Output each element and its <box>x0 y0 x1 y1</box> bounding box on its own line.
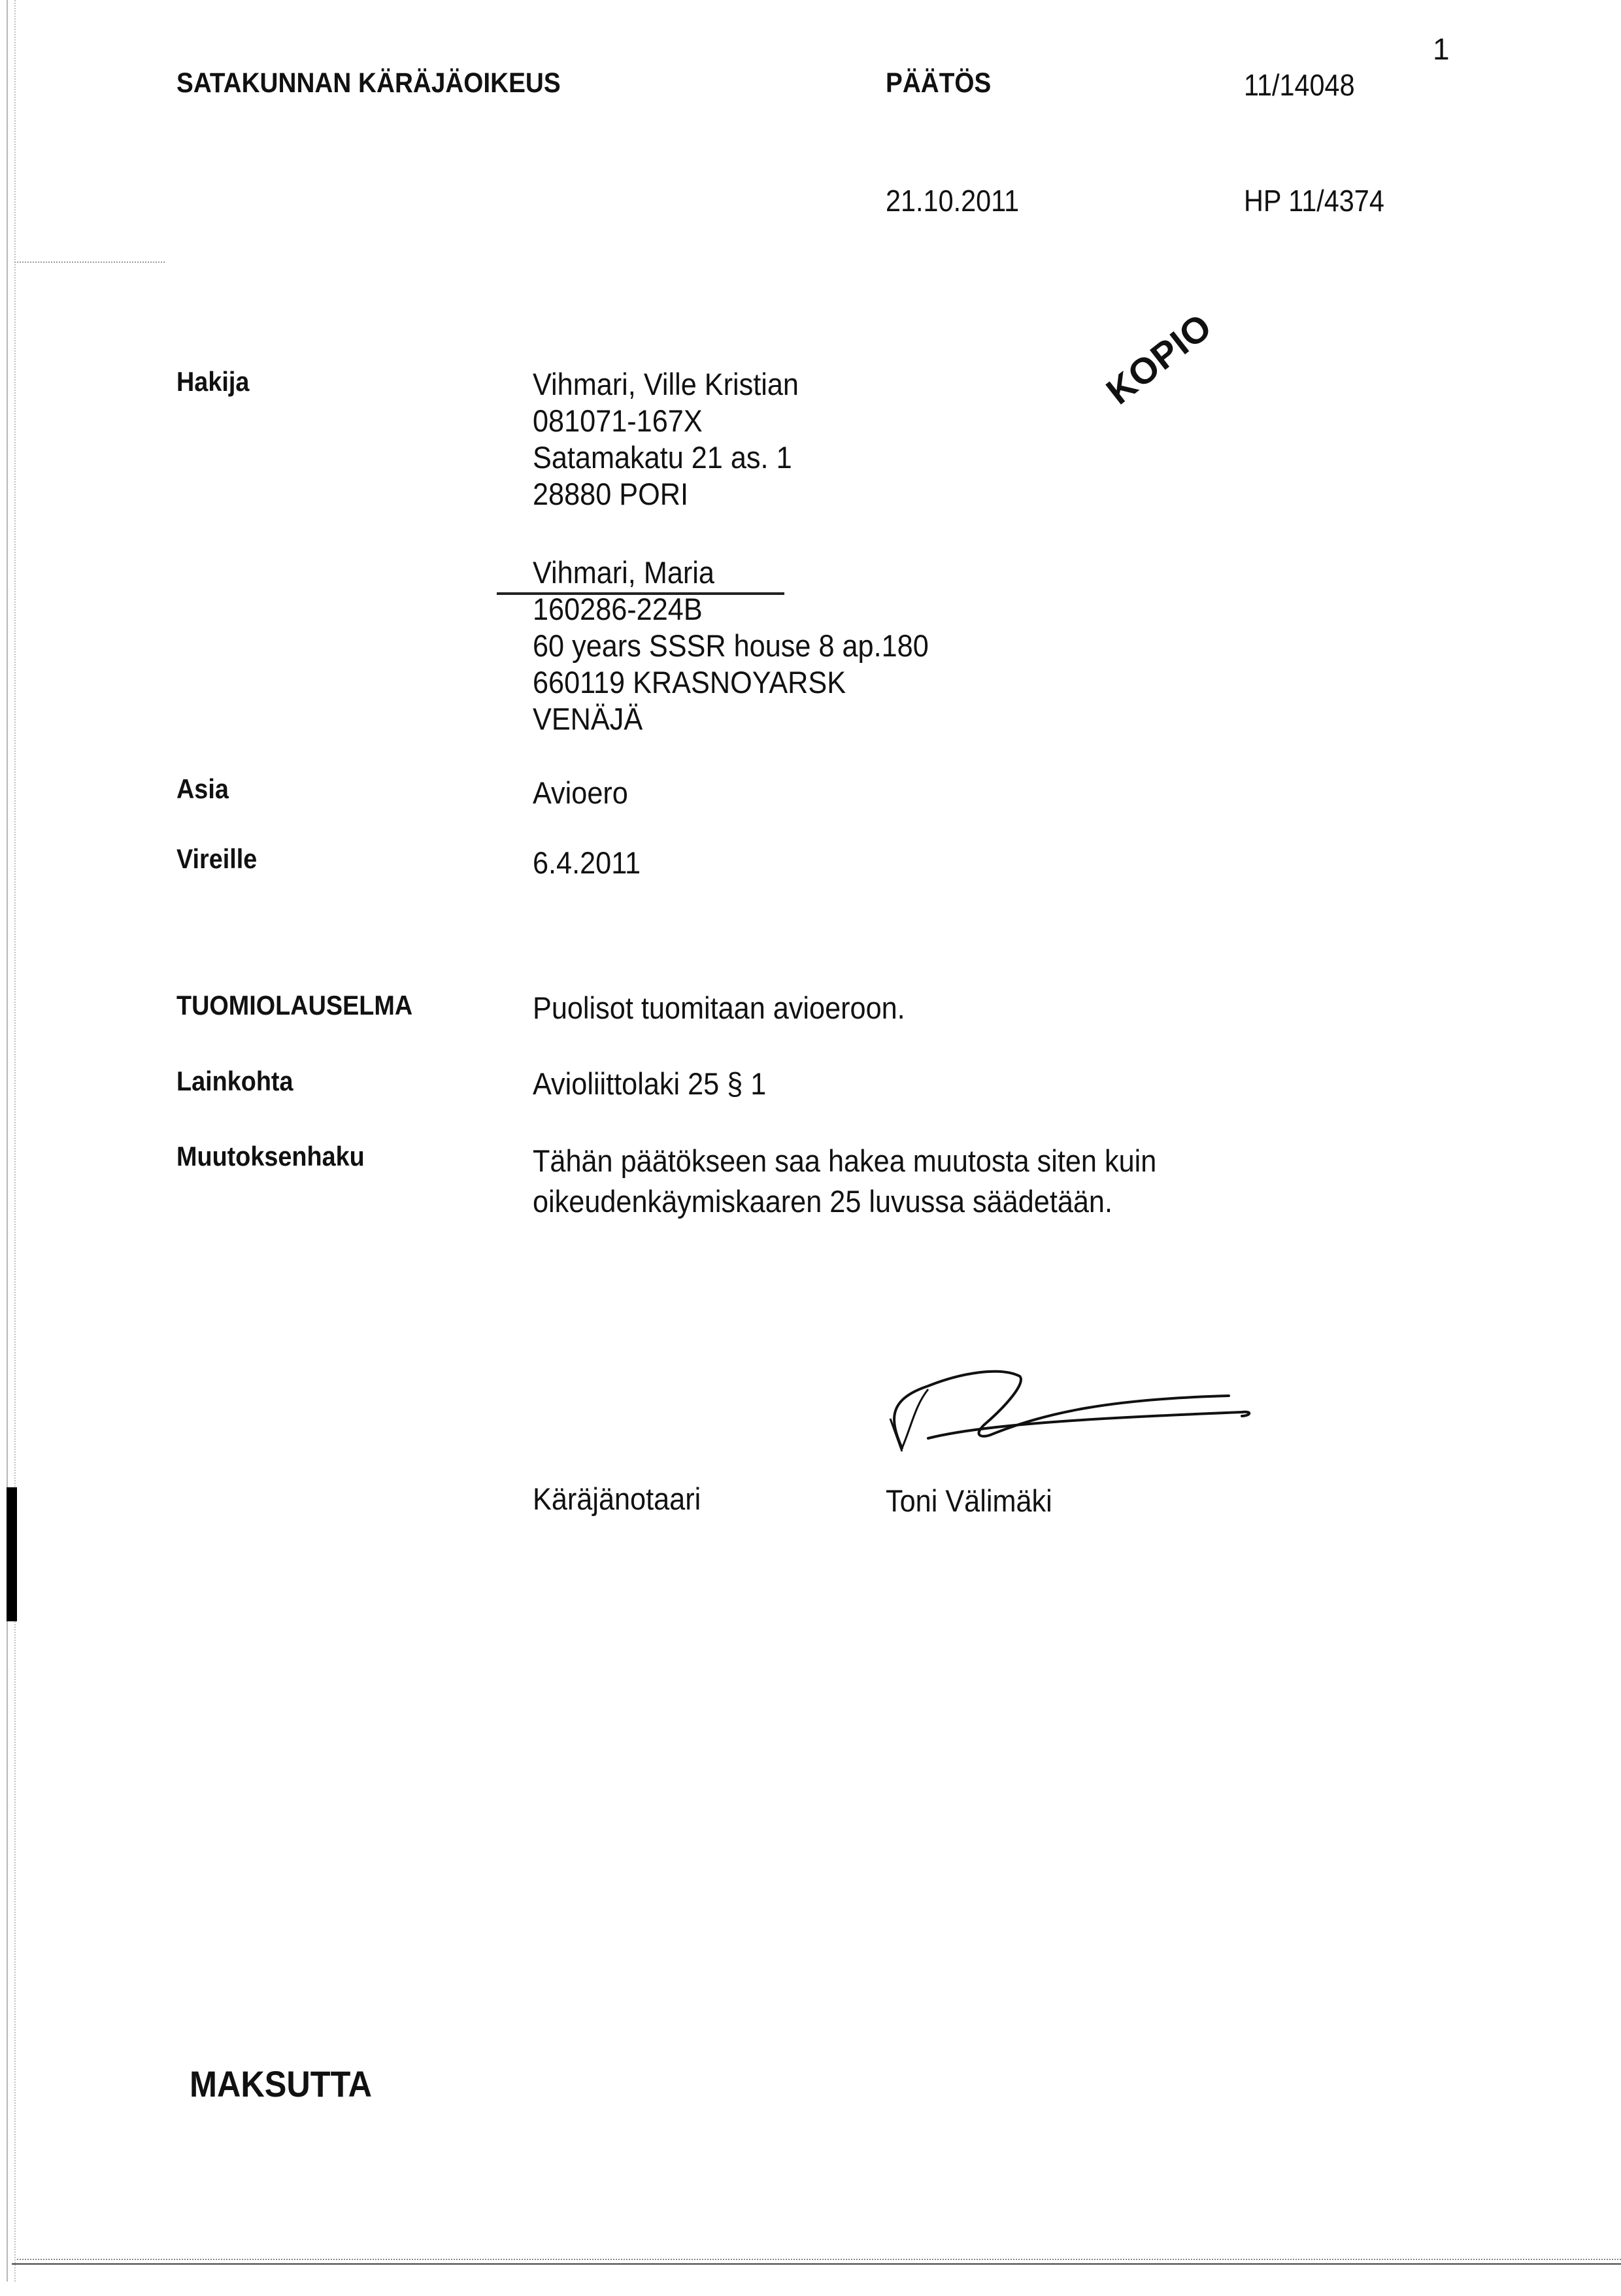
scan-artifact-dots <box>14 262 165 263</box>
applicant-label: Hakija <box>176 366 249 397</box>
pending-label: Vireille <box>176 843 257 875</box>
spouse-city: 660119 KRASNOYARSK <box>533 664 846 701</box>
reference-number: HP 11/4374 <box>1244 183 1384 218</box>
scan-bottom-line <box>12 2263 1621 2265</box>
scan-edge-dots <box>14 0 16 2282</box>
judgment-label: TUOMIOLAUSELMA <box>176 990 412 1021</box>
scan-edge-bar <box>7 1487 17 1621</box>
spouse-street: 60 years SSSR house 8 ap.180 <box>533 628 929 664</box>
spouse-id: 160286-224B <box>533 591 703 628</box>
applicant-name: Vihmari, Ville Kristian <box>533 366 799 403</box>
legal-basis-value: Avioliittolaki 25 § 1 <box>533 1066 766 1102</box>
applicant-street: Satamakatu 21 as. 1 <box>533 439 792 476</box>
decision-date: 21.10.2011 <box>886 183 1019 218</box>
document-type: PÄÄTÖS <box>886 67 991 99</box>
signatory-name: Toni Välimäki <box>886 1483 1052 1519</box>
court-name: SATAKUNNAN KÄRÄJÄOIKEUS <box>176 67 561 99</box>
judgment-value: Puolisot tuomitaan avioeroon. <box>533 990 905 1026</box>
handwritten-signature <box>850 1353 1320 1471</box>
page-number: 1 <box>1433 31 1450 67</box>
legal-basis-label: Lainkohta <box>176 1066 293 1097</box>
spouse-name: Vihmari, Maria <box>533 554 714 591</box>
appeal-label: Muutoksenhaku <box>176 1141 365 1172</box>
copy-stamp: KOPIO <box>1098 305 1220 413</box>
matter-value: Avioero <box>533 775 628 811</box>
case-number: 11/14048 <box>1244 67 1355 103</box>
applicant-id: 081071-167X <box>533 403 703 439</box>
scan-bottom-dots <box>17 2259 1621 2260</box>
signatory-title: Käräjänotaari <box>533 1481 701 1517</box>
appeal-text-line1: Tähän päätökseen saa hakea muutosta site… <box>533 1143 1156 1179</box>
scan-edge-line <box>7 0 8 2282</box>
appeal-text-line2: oikeudenkäymiskaaren 25 luvussa säädetää… <box>533 1183 1112 1220</box>
fee-note: MAKSUTTA <box>190 2063 372 2105</box>
applicant-city: 28880 PORI <box>533 476 688 513</box>
matter-label: Asia <box>176 773 229 805</box>
pending-value: 6.4.2011 <box>533 845 641 881</box>
spouse-country: VENÄJÄ <box>533 701 643 737</box>
